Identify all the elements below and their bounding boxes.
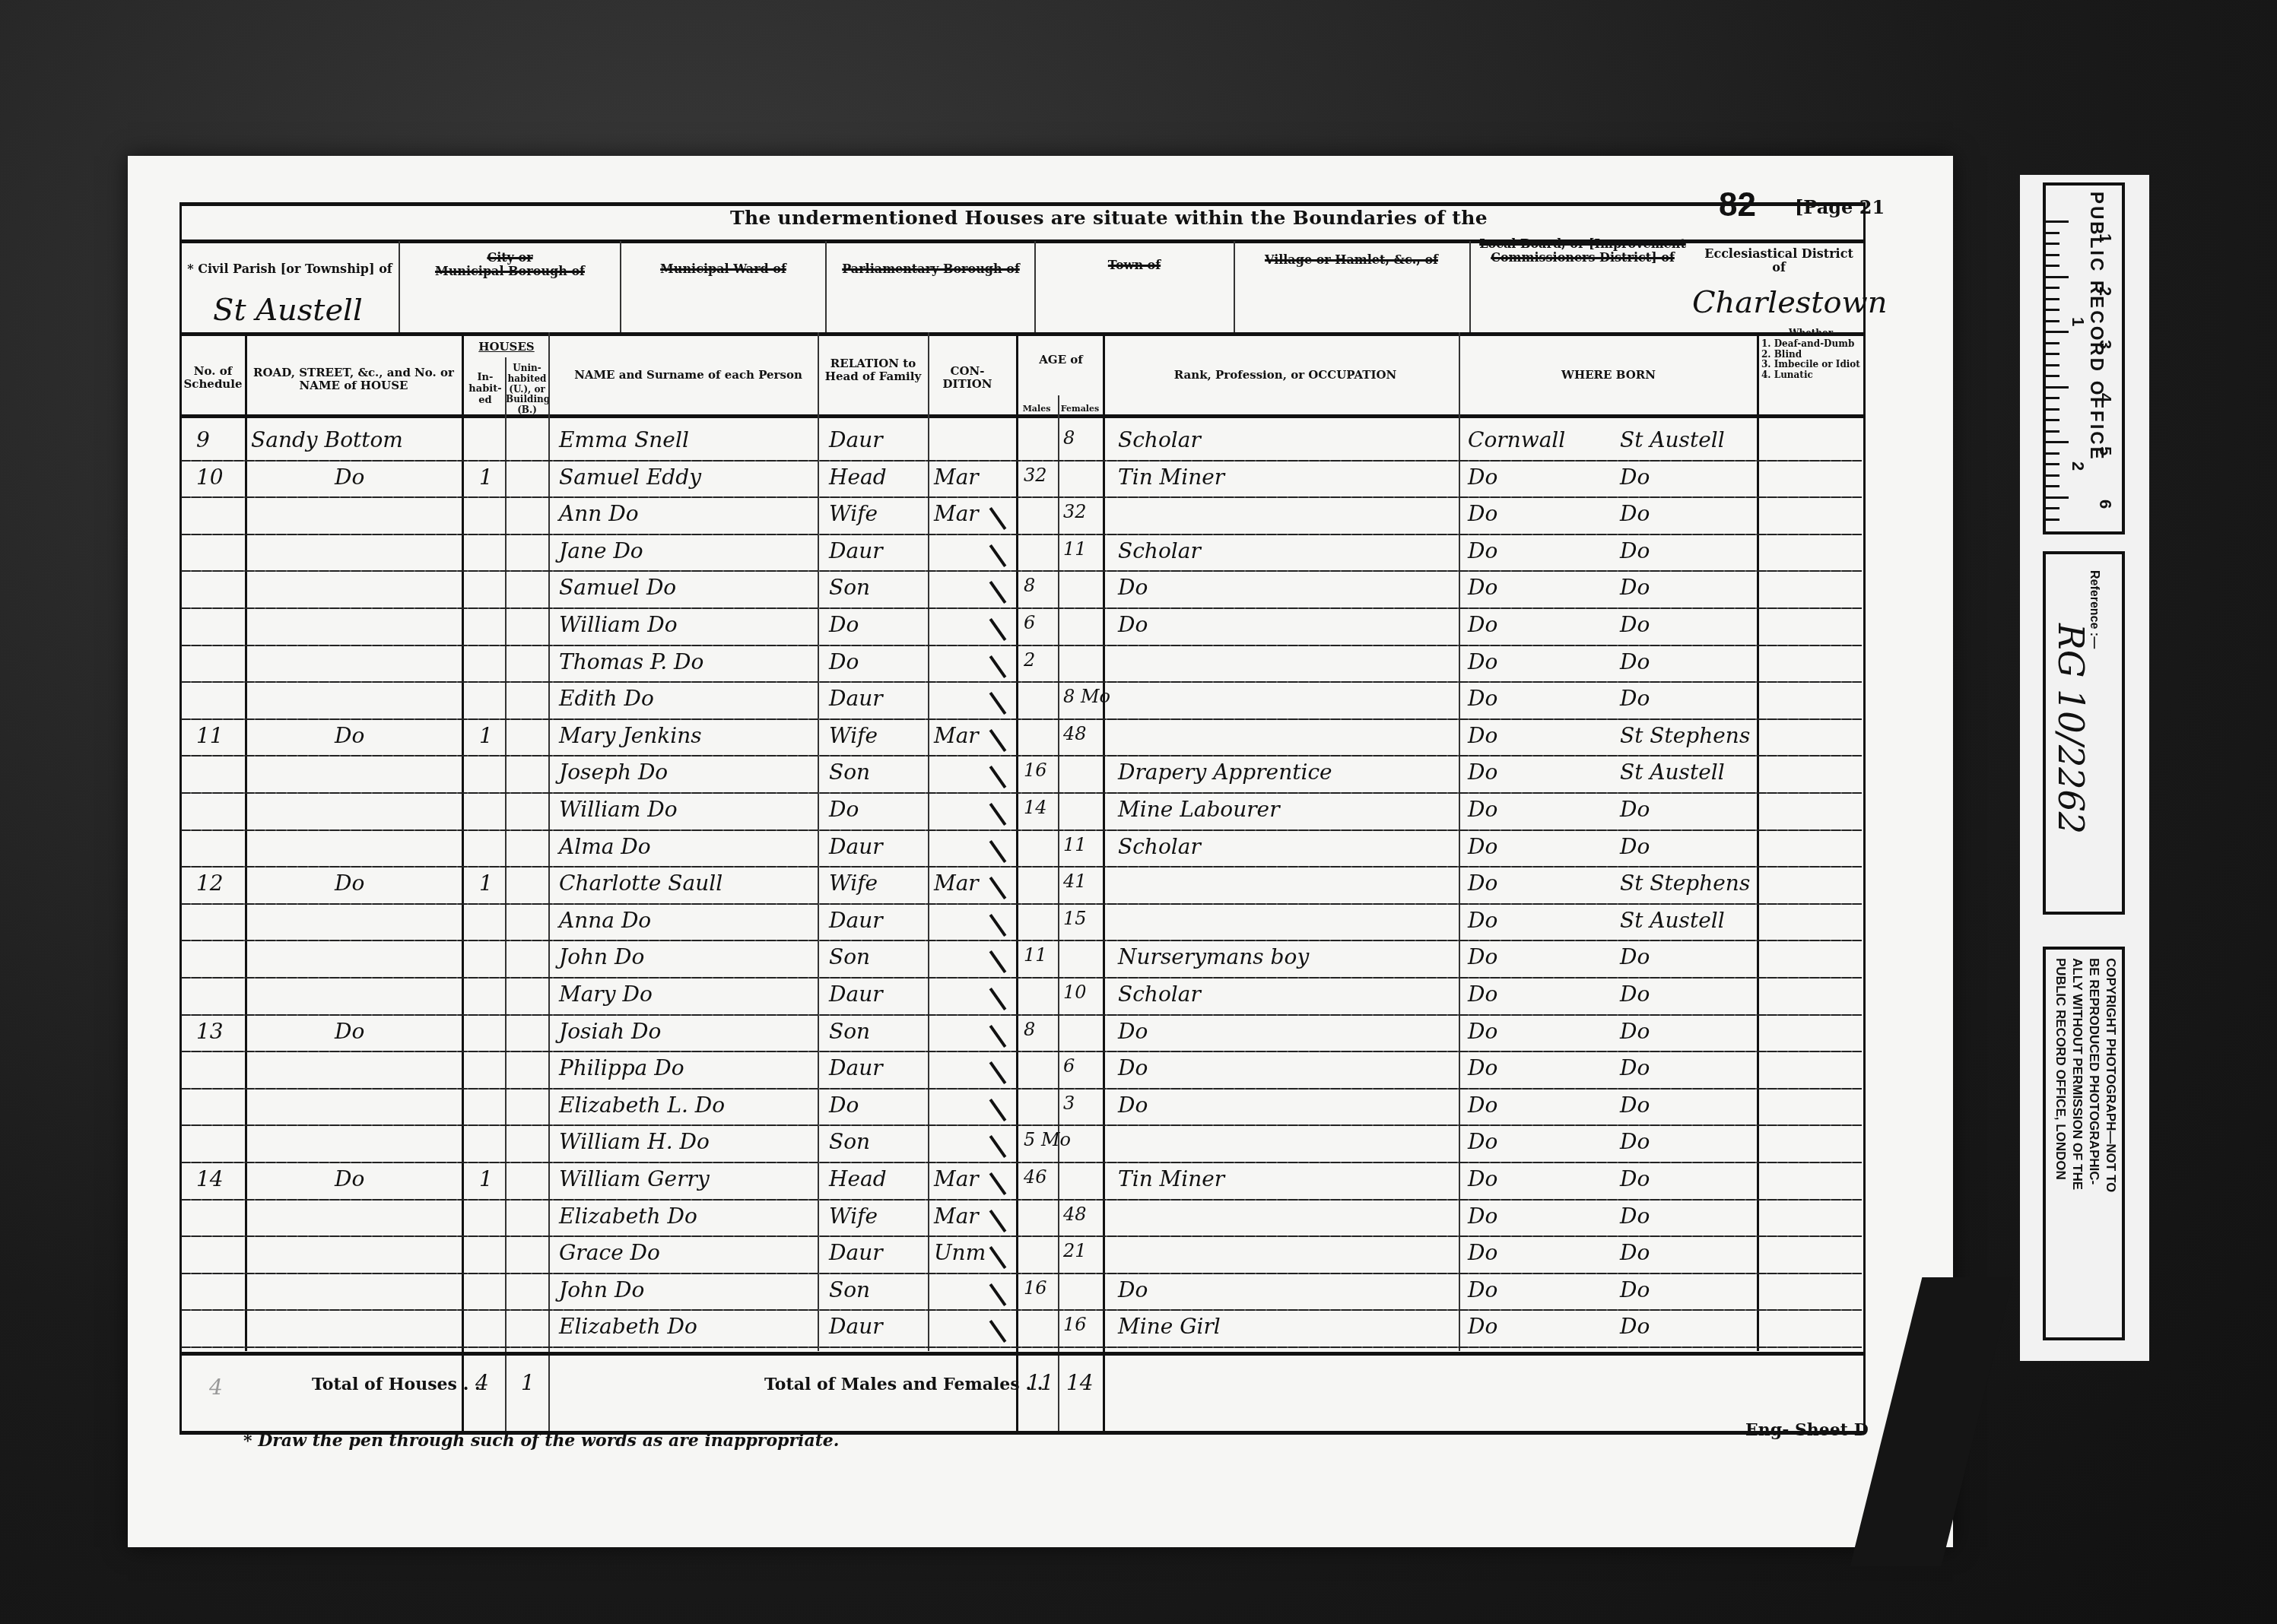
frame-top	[179, 202, 1865, 206]
relation: Daur	[829, 1314, 883, 1339]
schedule-number: 11	[196, 723, 224, 748]
relation: Wife	[829, 871, 878, 896]
male-age: 5 Mo	[1024, 1129, 1071, 1150]
col-divider	[505, 357, 507, 1431]
ruler-tick	[2046, 220, 2069, 223]
schedule-number: 14	[196, 1166, 224, 1191]
local-board-label: Local Board, or [ImprovementCommissioner…	[1472, 237, 1693, 265]
female-age: 10	[1063, 982, 1087, 1003]
ruler-cm-label: 5	[2095, 446, 2115, 455]
row-rule	[181, 645, 1862, 646]
relation: Do	[829, 797, 859, 822]
birth-parish: Do	[1620, 501, 1650, 526]
female-age: 32	[1063, 501, 1087, 522]
city-label-line2: Municipal Borough of	[435, 264, 585, 278]
col-divider	[1058, 395, 1059, 1431]
ruler-tick	[2046, 342, 2059, 344]
birth-county: Do	[1468, 944, 1497, 969]
relation: Do	[829, 649, 859, 674]
birth-county: Do	[1468, 686, 1497, 711]
birth-county: Do	[1468, 834, 1497, 859]
infirmity-2: 2. Blind	[1761, 350, 1860, 360]
person-name: Anna Do	[559, 908, 651, 933]
occupation: Mine Girl	[1118, 1314, 1221, 1339]
male-age: 16	[1024, 1277, 1047, 1299]
person-name: Elizabeth Do	[559, 1314, 697, 1339]
row-rule	[181, 977, 1862, 979]
occupation: Scholar	[1118, 982, 1201, 1007]
ruler-tick	[2046, 474, 2059, 477]
ruler-tick	[2046, 331, 2069, 333]
ruler-tick	[2046, 265, 2059, 267]
col-name: NAME and Surname of each Person	[567, 369, 810, 382]
row-rule	[181, 1014, 1862, 1016]
road-name: Do	[335, 1019, 364, 1044]
birth-county: Do	[1468, 982, 1497, 1007]
birth-parish: Do	[1620, 1093, 1650, 1118]
ruler-tick	[2046, 254, 2059, 256]
female-age: 16	[1063, 1314, 1087, 1335]
occupation: Do	[1118, 612, 1148, 637]
occupation: Do	[1118, 1019, 1148, 1044]
ruler-tick	[2046, 353, 2059, 355]
birth-county: Do	[1468, 1129, 1497, 1154]
birth-parish: Do	[1620, 1314, 1650, 1339]
frame-left	[179, 202, 182, 1434]
ruler-tick	[2046, 386, 2069, 389]
occupation: Scholar	[1118, 538, 1201, 563]
condition: Unm	[934, 1240, 986, 1265]
ruler-tick	[2046, 397, 2059, 399]
person-name: William H. Do	[559, 1129, 710, 1154]
col-inhabited: In-habit-ed	[465, 373, 505, 407]
female-age: 11	[1063, 538, 1087, 560]
birth-county: Do	[1468, 1166, 1497, 1191]
ruler-tick	[2046, 485, 2059, 487]
person-name: John Do	[559, 1277, 644, 1302]
sheet-label: Eng- Sheet D	[1745, 1420, 1869, 1440]
relation: Daur	[829, 1240, 883, 1265]
relation: Son	[829, 1019, 870, 1044]
birth-parish: St Austell	[1620, 760, 1725, 785]
relation: Do	[829, 612, 859, 637]
total-houses-label: Total of Houses . .	[312, 1375, 481, 1394]
row-rule	[181, 1309, 1862, 1311]
male-age: 6	[1024, 612, 1035, 633]
birth-parish: Do	[1620, 944, 1650, 969]
relation: Wife	[829, 1204, 878, 1229]
schedule-number: 12	[196, 871, 224, 896]
boundary-rule	[179, 332, 1865, 336]
birth-parish: Do	[1620, 538, 1650, 563]
inhabited-count: 1	[479, 723, 493, 748]
ruler-tick	[2046, 287, 2059, 289]
female-age: 11	[1063, 834, 1087, 855]
birth-parish: St Austell	[1620, 908, 1725, 933]
condition: Mar	[934, 1204, 979, 1229]
col-road: ROAD, STREET, &c., and No. or NAME of HO…	[247, 366, 460, 393]
footnote: * Draw the pen through such of the words…	[243, 1431, 840, 1451]
civil-parish-label: * Civil Parish [or Township] of	[183, 262, 397, 276]
person-name: Grace Do	[559, 1240, 660, 1265]
row-rule	[181, 1235, 1862, 1237]
male-age: 46	[1024, 1166, 1047, 1188]
birth-parish: Do	[1620, 1055, 1650, 1080]
col-condition: CON-DITION	[929, 365, 1005, 392]
birth-parish: Do	[1620, 1277, 1650, 1302]
total-uninhabited: 1	[521, 1370, 535, 1395]
birth-county: Do	[1468, 649, 1497, 674]
relation: Son	[829, 760, 870, 785]
male-age: 2	[1024, 649, 1035, 671]
birth-parish: St Stephens	[1620, 723, 1750, 748]
birth-county: Do	[1468, 1055, 1497, 1080]
person-name: Alma Do	[559, 834, 651, 859]
row-rule	[181, 755, 1862, 756]
birth-parish: Do	[1620, 465, 1650, 490]
male-age: 14	[1024, 797, 1047, 818]
birth-county: Do	[1468, 465, 1497, 490]
infirmity-3: 3. Imbecile or Idiot	[1761, 360, 1860, 370]
person-name: Ann Do	[559, 501, 639, 526]
birth-county: Do	[1468, 1093, 1497, 1118]
relation: Daur	[829, 908, 883, 933]
col-age: AGE of	[1019, 354, 1103, 366]
relation: Son	[829, 1129, 870, 1154]
ruler-tick	[2046, 419, 2059, 421]
relation: Daur	[829, 686, 883, 711]
female-age: 8	[1063, 427, 1075, 449]
person-name: William Do	[559, 612, 678, 637]
female-age: 15	[1063, 908, 1087, 929]
copyright-line-2: BE REPRODUCED PHOTOGRAPHIC-	[2087, 958, 2101, 1185]
total-persons-label: Total of Males and Females . .	[764, 1375, 1043, 1394]
birth-parish: Do	[1620, 1204, 1650, 1229]
row-rule	[181, 866, 1862, 868]
male-age: 11	[1024, 944, 1047, 966]
row-rule	[181, 1162, 1862, 1163]
condition: Mar	[934, 501, 979, 526]
birth-county: Do	[1468, 760, 1497, 785]
male-age: 8	[1024, 1019, 1035, 1040]
road-name: Do	[335, 465, 364, 490]
reference-value: RG 10/2262	[2050, 623, 2091, 834]
occupation: Tin Miner	[1118, 1166, 1224, 1191]
divider	[399, 241, 400, 332]
birth-county: Do	[1468, 501, 1497, 526]
ruler-cm-label: 1	[2095, 233, 2115, 243]
occupation: Nurserymans boy	[1118, 944, 1309, 969]
birth-parish: Do	[1620, 649, 1650, 674]
row-rule	[181, 792, 1862, 794]
male-age: 16	[1024, 760, 1047, 781]
occupation: Do	[1118, 1277, 1148, 1302]
person-name: Samuel Do	[559, 575, 676, 600]
female-age: 48	[1063, 723, 1087, 744]
row-rule	[181, 570, 1862, 572]
female-age: 41	[1063, 871, 1087, 892]
person-name: Mary Jenkins	[559, 723, 702, 748]
person-name: William Gerry	[559, 1166, 710, 1191]
ruler-tick	[2046, 320, 2059, 322]
birth-county: Do	[1468, 871, 1497, 896]
inhabited-count: 1	[479, 871, 493, 896]
ruler-tick	[2046, 243, 2059, 245]
ruler-tick	[2046, 375, 2059, 377]
relation: Daur	[829, 834, 883, 859]
person-name: Philippa Do	[559, 1055, 684, 1080]
birth-county: Do	[1468, 575, 1497, 600]
female-age: 3	[1063, 1093, 1075, 1114]
inhabited-count: 1	[479, 465, 493, 490]
relation: Head	[829, 1166, 887, 1191]
local-board-line2: Commissioners District] of	[1491, 250, 1675, 265]
row-rule	[181, 1273, 1862, 1274]
city-label-line1: City or	[487, 250, 532, 265]
copyright-line-1: COPYRIGHT PHOTOGRAPH—NOT TO	[2104, 958, 2118, 1192]
boundaries-banner: The undermentioned Houses are situate wi…	[730, 207, 1488, 229]
birth-county: Cornwall	[1468, 427, 1565, 452]
ruler-tick	[2046, 496, 2069, 499]
birth-parish: St Austell	[1620, 427, 1725, 452]
row-rule	[181, 1124, 1862, 1126]
ruler-tick	[2046, 441, 2069, 443]
relation: Daur	[829, 427, 883, 452]
birth-county: Do	[1468, 723, 1497, 748]
copyright-notice: COPYRIGHT PHOTOGRAPH—NOT TO BE REPRODUCE…	[2052, 958, 2119, 1192]
margin-note: 4	[209, 1375, 223, 1400]
col-infirmity: Whether 1. Deaf-and-Dumb 2. Blind 3. Imb…	[1761, 328, 1860, 381]
condition: Mar	[934, 1166, 979, 1191]
schedule-number: 10	[196, 465, 224, 490]
birth-county: Do	[1468, 908, 1497, 933]
col-uninhabited: Unin-habited (U.), or Building (B.)	[506, 363, 548, 416]
schedule-number: 9	[196, 427, 210, 452]
road-name: Do	[335, 871, 364, 896]
row-rule	[181, 1346, 1862, 1348]
copyright-line-4: PUBLIC RECORD OFFICE, LONDON	[2053, 958, 2068, 1180]
person-name: Mary Do	[559, 982, 653, 1007]
row-rule	[181, 496, 1862, 498]
civil-parish-value: St Austell	[213, 293, 363, 328]
ruler-tick	[2046, 519, 2059, 521]
ruler-tick	[2046, 463, 2059, 465]
birth-parish: Do	[1620, 612, 1650, 637]
person-name: Emma Snell	[559, 427, 689, 452]
person-name: Edith Do	[559, 686, 654, 711]
male-age: 8	[1024, 575, 1035, 596]
birth-parish: Do	[1620, 834, 1650, 859]
birth-county: Do	[1468, 1204, 1497, 1229]
total-males: 11	[1027, 1370, 1054, 1395]
row-rule	[181, 1088, 1862, 1090]
ruler-tick	[2046, 276, 2069, 278]
ruler-inch-label: 1	[2068, 317, 2088, 326]
occupation: Scholar	[1118, 427, 1201, 452]
infirmity-1: 1. Deaf-and-Dumb	[1761, 339, 1860, 350]
person-name: Thomas P. Do	[559, 649, 703, 674]
divider	[1234, 241, 1235, 332]
birth-county: Do	[1468, 1019, 1497, 1044]
female-age: 21	[1063, 1240, 1087, 1261]
occupation: Do	[1118, 1055, 1148, 1080]
col-males: Males	[1018, 404, 1056, 414]
inhabited-count: 1	[479, 1166, 493, 1191]
village-label: Village or Hamlet, &c., of	[1237, 253, 1466, 267]
male-age: 32	[1024, 465, 1047, 486]
relation: Daur	[829, 1055, 883, 1080]
person-name: William Do	[559, 797, 678, 822]
ruler-tick	[2046, 232, 2059, 234]
condition: Mar	[934, 723, 979, 748]
road-name: Sandy Bottom	[251, 427, 403, 452]
town-label: Town of	[1037, 259, 1231, 272]
local-board-line1: Local Board, or [Improvement	[1479, 236, 1686, 251]
divider	[825, 241, 827, 332]
ruler-tick	[2046, 430, 2059, 433]
row-rule	[181, 1199, 1862, 1201]
birth-county: Do	[1468, 1314, 1497, 1339]
ruler-tick	[2046, 309, 2059, 311]
row-rule	[181, 460, 1862, 462]
relation: Son	[829, 944, 870, 969]
row-rule	[181, 940, 1862, 941]
col-occupation: Rank, Profession, or OCCUPATION	[1110, 369, 1460, 382]
row-rule	[181, 607, 1862, 609]
col-houses: HOUSES	[465, 341, 548, 354]
divider	[1034, 241, 1036, 332]
birth-parish: Do	[1620, 1129, 1650, 1154]
pro-title: PUBLIC RECORD OFFICE	[2085, 192, 2107, 462]
infirmity-4: 4. Lunatic	[1761, 370, 1860, 381]
infirmity-title: Whether	[1761, 328, 1860, 339]
relation: Wife	[829, 501, 878, 526]
frame-right	[1863, 202, 1866, 1434]
row-rule	[181, 681, 1862, 683]
road-name: Do	[335, 723, 364, 748]
ruler-tick	[2046, 408, 2059, 411]
female-age: 6	[1063, 1055, 1075, 1077]
totals-rule	[179, 1352, 1865, 1356]
header-rule	[179, 414, 1865, 418]
birth-parish: Do	[1620, 797, 1650, 822]
relation: Daur	[829, 982, 883, 1007]
municipal-ward-label: Municipal Ward of	[624, 262, 823, 276]
city-label: City orMunicipal Borough of	[402, 251, 618, 279]
person-name: Josiah Do	[559, 1019, 661, 1044]
occupation: Tin Miner	[1118, 465, 1224, 490]
birth-parish: Do	[1620, 686, 1650, 711]
row-rule	[181, 1051, 1862, 1052]
relation: Head	[829, 465, 887, 490]
ruler-cm-label: 3	[2095, 340, 2115, 349]
female-age: 48	[1063, 1204, 1087, 1225]
person-name: Jane Do	[559, 538, 643, 563]
person-name: Elizabeth Do	[559, 1204, 697, 1229]
birth-parish: Do	[1620, 1166, 1650, 1191]
col-relation: RELATION to Head of Family	[820, 357, 926, 384]
ruler-inch-label: 2	[2068, 462, 2088, 471]
birth-parish: Do	[1620, 1019, 1650, 1044]
row-rule	[181, 534, 1862, 535]
road-name: Do	[335, 1166, 364, 1191]
total-inhabited: 4	[475, 1370, 489, 1395]
female-age: 8 Mo	[1063, 686, 1110, 707]
birth-county: Do	[1468, 1277, 1497, 1302]
person-name: Elizabeth L. Do	[559, 1093, 725, 1118]
ruler-tick	[2046, 452, 2059, 455]
condition: Mar	[934, 465, 979, 490]
row-rule	[181, 718, 1862, 720]
occupation: Scholar	[1118, 834, 1201, 859]
relation: Daur	[829, 538, 883, 563]
birth-parish: Do	[1620, 575, 1650, 600]
person-name: Joseph Do	[559, 760, 668, 785]
birth-parish: Do	[1620, 982, 1650, 1007]
ruler-cm-label: 2	[2095, 287, 2115, 296]
occupation: Do	[1118, 1093, 1148, 1118]
page-label: [Page 21	[1795, 196, 1885, 218]
col-schedule: No. of Schedule	[183, 365, 243, 392]
reference-strip: PUBLIC RECORD OFFICE 12345612 Reference …	[2020, 175, 2149, 1361]
col-where-born: WHERE BORN	[1460, 369, 1757, 382]
relation: Wife	[829, 723, 878, 748]
ruler-cm-label: 4	[2095, 393, 2115, 402]
birth-parish: Do	[1620, 1240, 1650, 1265]
copyright-line-3: ALLY WITHOUT PERMISSION OF THE	[2070, 958, 2085, 1190]
ruler-tick	[2046, 364, 2059, 366]
ruler-cm-label: 6	[2095, 500, 2115, 509]
birth-county: Do	[1468, 612, 1497, 637]
row-rule	[181, 829, 1862, 831]
col-females: Females	[1059, 404, 1101, 414]
relation: Do	[829, 1093, 859, 1118]
birth-county: Do	[1468, 538, 1497, 563]
occupation: Do	[1118, 575, 1148, 600]
row-rule	[181, 903, 1862, 905]
occupation: Drapery Apprentice	[1118, 760, 1332, 785]
condition: Mar	[934, 871, 979, 896]
birth-parish: St Stephens	[1620, 871, 1750, 896]
person-name: Samuel Eddy	[559, 465, 701, 490]
person-name: Charlotte Saull	[559, 871, 722, 896]
relation: Son	[829, 575, 870, 600]
occupation: Mine Labourer	[1118, 797, 1280, 822]
schedule-number: 13	[196, 1019, 224, 1044]
parliamentary-borough-label: Parliamentary Borough of	[829, 262, 1033, 276]
divider	[620, 241, 621, 332]
person-name: John Do	[559, 944, 644, 969]
ruler-tick	[2046, 507, 2059, 509]
ruler-tick	[2046, 298, 2059, 300]
ecclesiastical-value: Charlestown	[1692, 285, 1887, 320]
total-females: 14	[1066, 1370, 1094, 1395]
birth-county: Do	[1468, 1240, 1497, 1265]
relation: Son	[829, 1277, 870, 1302]
birth-county: Do	[1468, 797, 1497, 822]
divider	[1469, 241, 1471, 332]
ecclesiastical-label: Ecclesiastical District of	[1696, 247, 1862, 275]
